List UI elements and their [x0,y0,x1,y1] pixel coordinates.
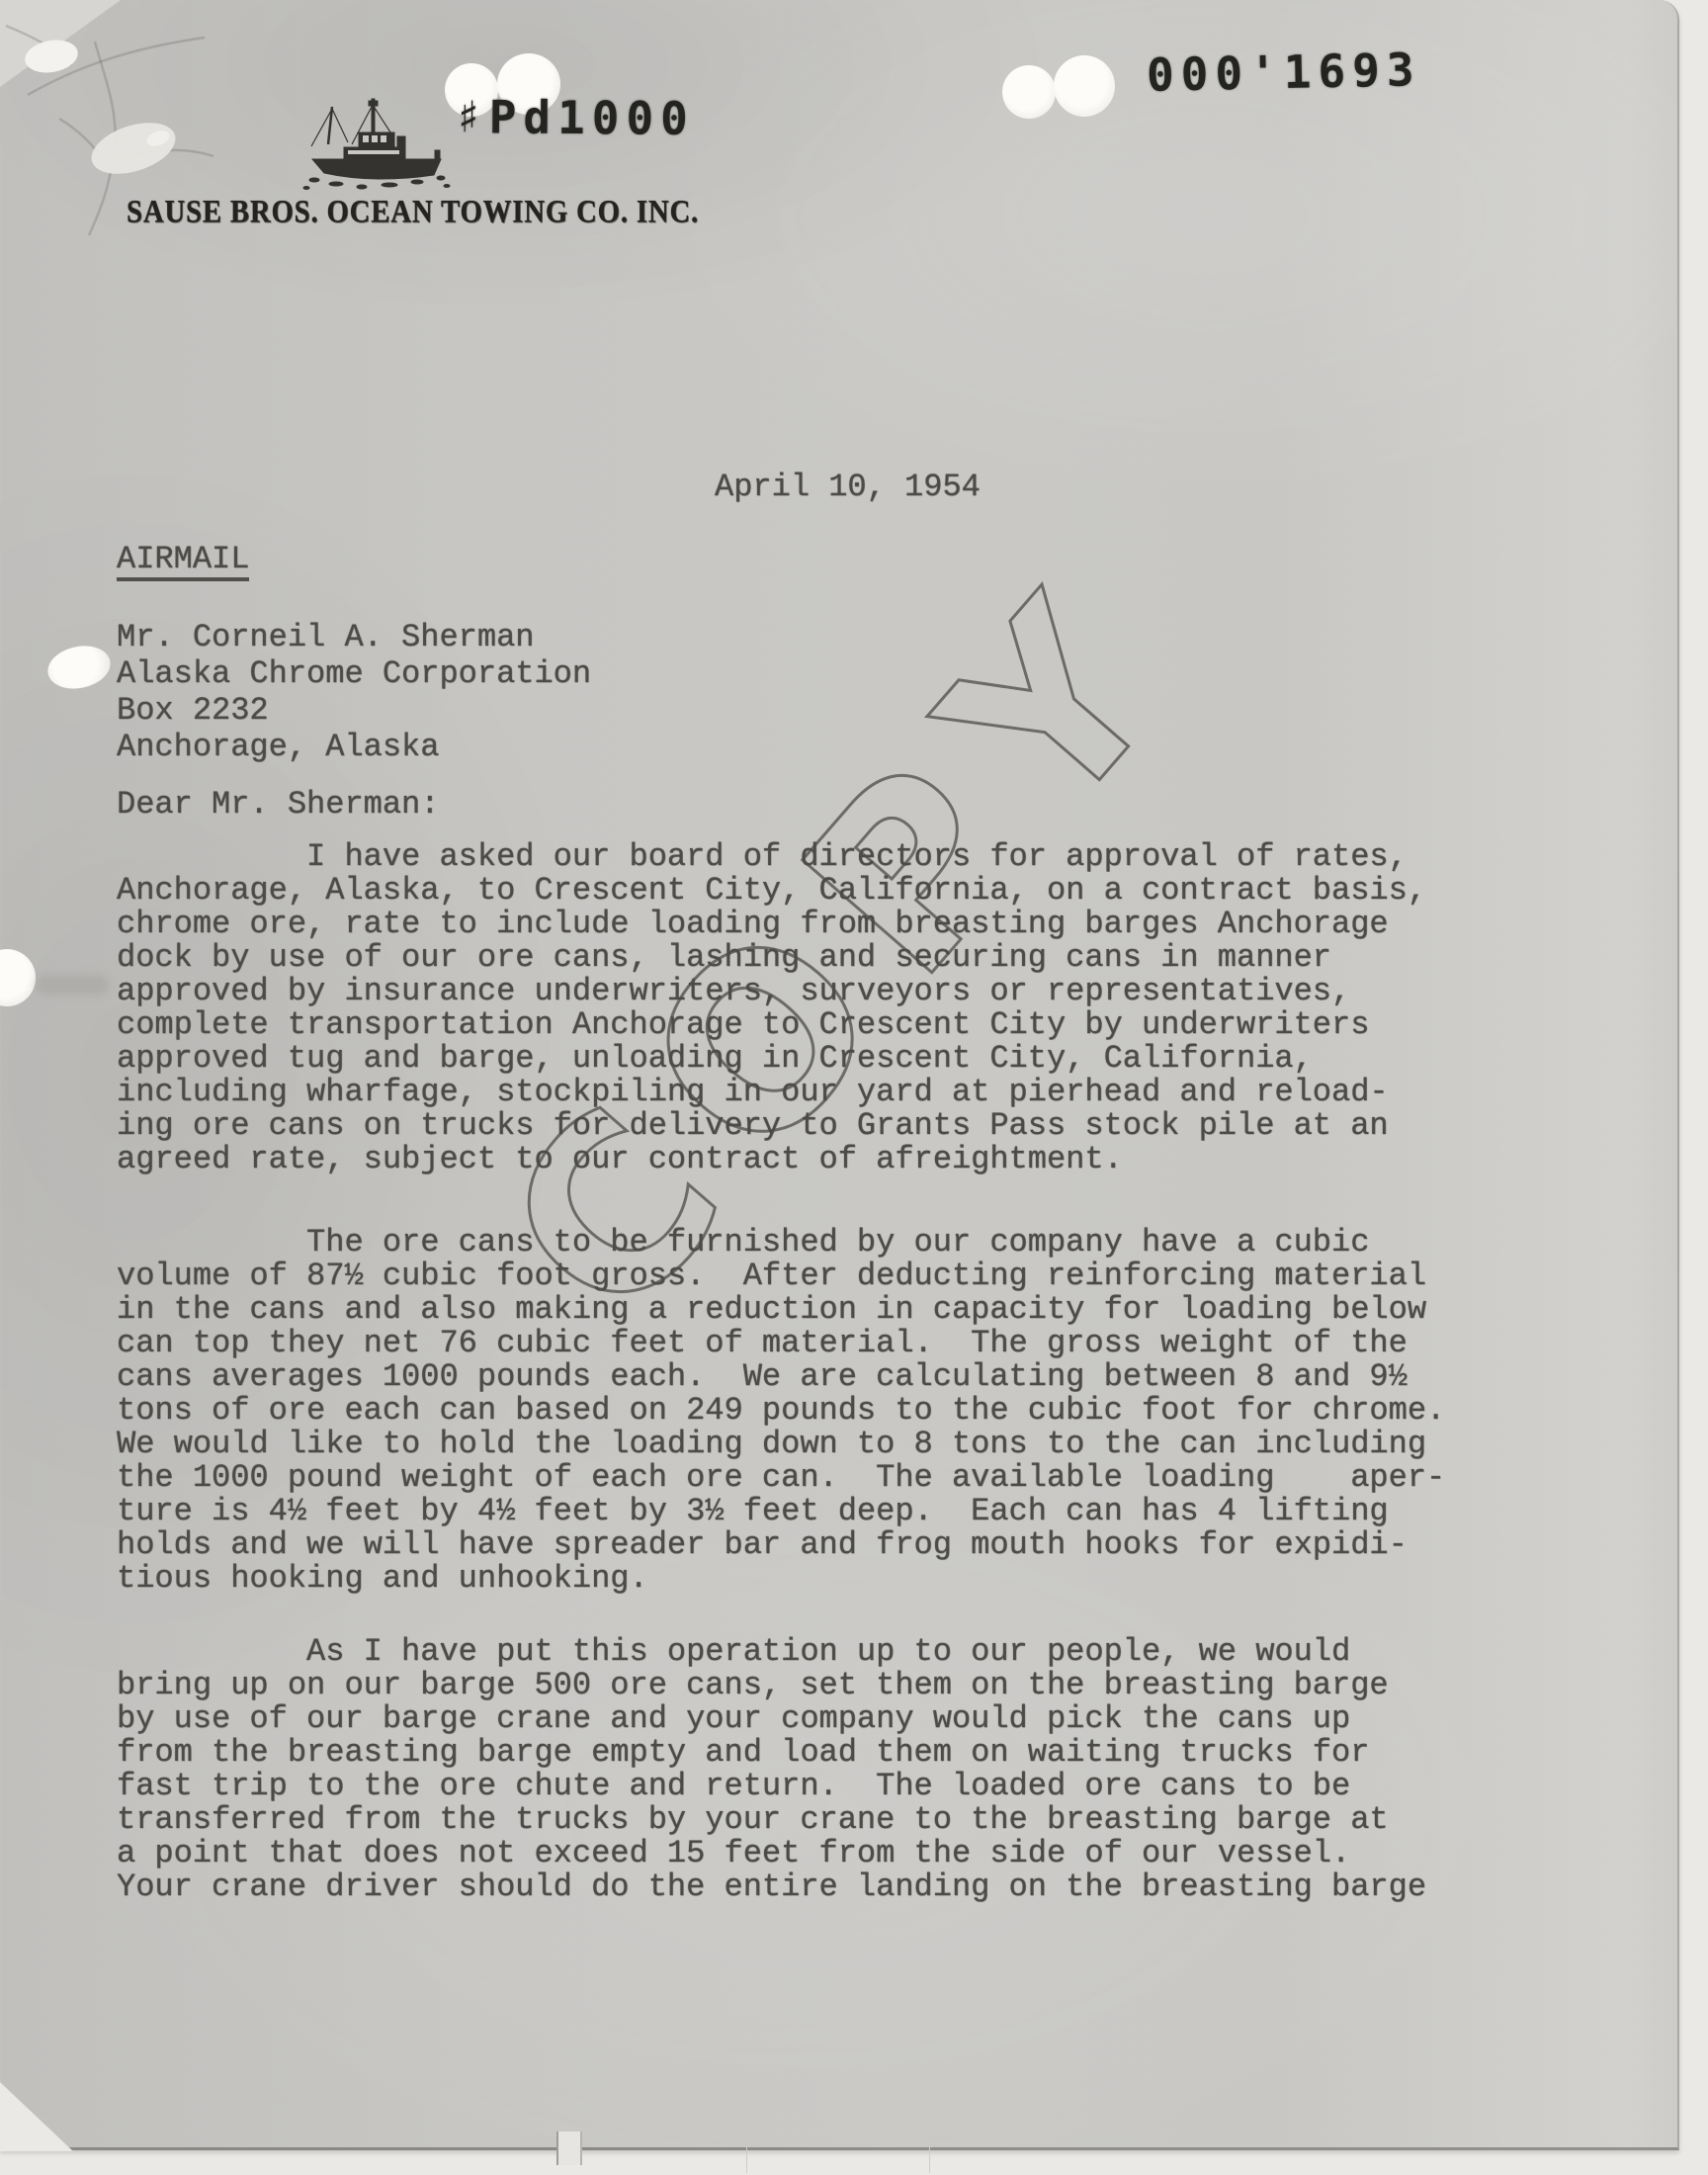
punch-hole [1002,65,1056,119]
recipient-address-block: Mr. Corneil A. Sherman Alaska Chrome Cor… [117,619,591,765]
body-paragraph-1: I have asked our board of directors for … [117,840,1426,1176]
stamp-number-left: ♯Pd1000 [455,90,695,145]
paper-smudge [36,975,109,995]
scanbed-streak [746,2147,747,2173]
paper-crease-tear [0,0,336,297]
paper-edge-notch [556,2131,582,2165]
punch-hole [1054,55,1115,117]
stamp-number-right: 000'1693 [1146,43,1421,102]
airmail-label: AIRMAIL [117,543,249,581]
body-paragraph-3: As I have put this operation up to our p… [117,1635,1426,1904]
scanned-letter-page: SAUSE BROS. OCEAN TOWING CO. INC. ♯Pd100… [0,0,1708,2175]
letter-date: April 10, 1954 [715,471,981,504]
scanbed-streak [929,2147,930,2173]
body-paragraph-2: The ore cans to be furnished by our comp… [117,1226,1445,1596]
paper-corner-cut [0,2082,73,2151]
letterhead-company-name: SAUSE BROS. OCEAN TOWING CO. INC. [127,192,699,230]
tugboat-logo-icon [302,97,453,192]
salutation: Dear Mr. Sherman: [117,788,439,822]
